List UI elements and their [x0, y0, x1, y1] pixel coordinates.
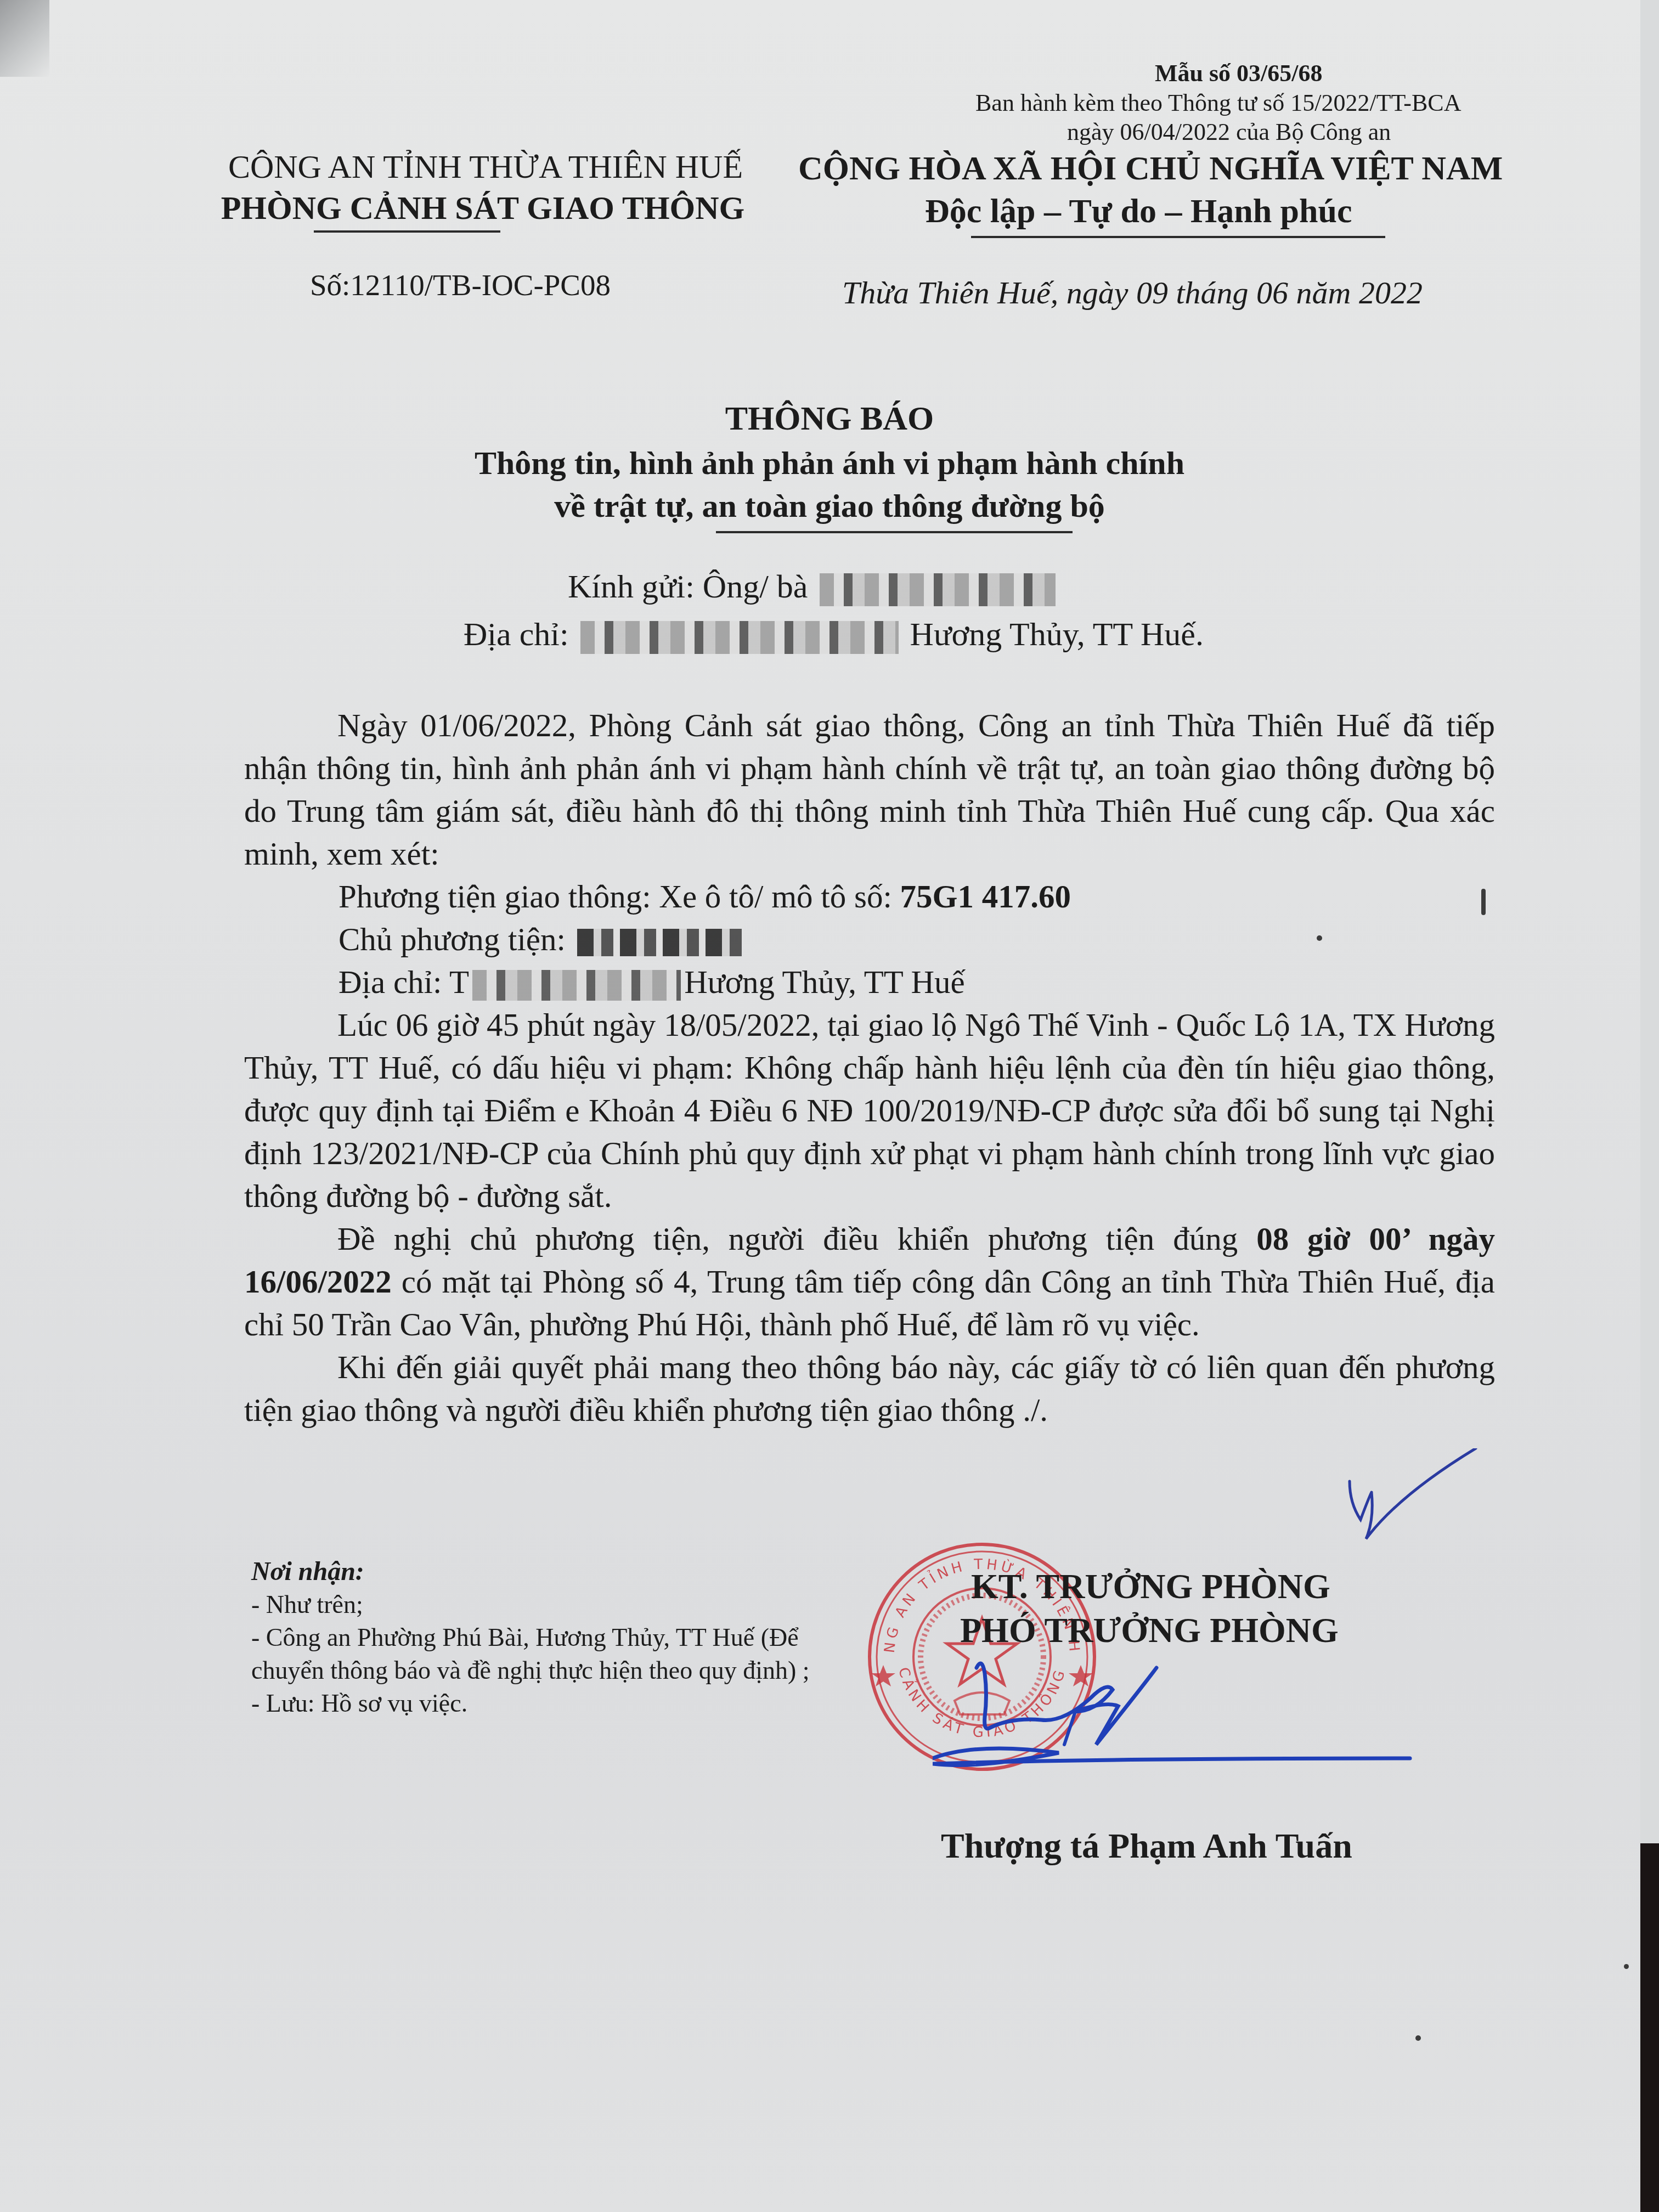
distribution-list: Nơi nhận: - Như trên; - Công an Phường P… — [251, 1555, 833, 1720]
distribution-item: - Lưu: Hồ sơ vụ việc. — [251, 1687, 833, 1720]
agency-underline — [314, 230, 500, 233]
document-title: THÔNG BÁO — [0, 399, 1659, 438]
handwritten-initial-icon — [1339, 1448, 1492, 1542]
redacted-owner-address — [472, 970, 681, 1001]
recipient-address-suffix: Hương Thủy, TT Huế. — [910, 616, 1204, 652]
redacted-name — [820, 573, 1056, 606]
form-number: Mẫu số 03/65/68 — [1155, 59, 1323, 87]
owner-address-line: Địa chỉ: THương Thủy, TT Huế — [244, 961, 1495, 1003]
vehicle-line: Phương tiện giao thông: Xe ô tô/ mô tô s… — [244, 875, 1495, 918]
distribution-item: - Như trên; — [251, 1588, 833, 1621]
recipient-line: Kính gửi: Ông/ bà — [568, 568, 1059, 606]
handwritten-signature-icon — [933, 1646, 1426, 1810]
document-body: Ngày 01/06/2022, Phòng Cảnh sát giao thô… — [244, 704, 1495, 1431]
form-issued-with: Ban hành kèm theo Thông tư số 15/2022/TT… — [975, 89, 1461, 117]
signature-role-line1: KT. TRƯỞNG PHÒNG — [971, 1566, 1330, 1607]
recipient-address-line: Địa chỉ: Hương Thủy, TT Huế. — [464, 616, 1204, 654]
distribution-item: - Công an Phường Phú Bài, Hương Thủy, TT… — [251, 1621, 833, 1687]
violation-paragraph: Lúc 06 giờ 45 phút ngày 18/05/2022, tại … — [244, 1003, 1495, 1217]
redacted-address — [580, 621, 899, 654]
form-issued-date: ngày 06/04/2022 của Bộ Công an — [1067, 118, 1391, 146]
signer-name: Thượng tá Phạm Anh Tuấn — [941, 1826, 1352, 1866]
agency-department: PHÒNG CẢNH SÁT GIAO THÔNG — [206, 189, 760, 227]
vehicle-plate: 75G1 417.60 — [900, 878, 1071, 915]
owner-address-label: Địa chỉ: T — [338, 964, 469, 1000]
paper-speck — [1317, 935, 1322, 941]
national-motto: Độc lập – Tự do – Hạnh phúc — [925, 192, 1352, 231]
request-suffix: có mặt tại Phòng số 4, Trung tâm tiếp cô… — [244, 1263, 1495, 1342]
request-prefix: Đề nghị chủ phương tiện, người điều khiể… — [337, 1221, 1238, 1257]
owner-address-suffix: Hương Thủy, TT Huế — [684, 964, 965, 1000]
recipient-label: Kính gửi: Ông/ bà — [568, 568, 808, 605]
national-title: CỘNG HÒA XÃ HỘI CHỦ NGHĨA VIỆT NAM — [798, 149, 1503, 188]
closing-paragraph: Khi đến giải quyết phải mang theo thông … — [244, 1346, 1495, 1431]
paper-speck — [1415, 2035, 1421, 2041]
document-number: Số:12110/TB-IOC-PC08 — [310, 268, 611, 302]
paper-speck — [1481, 889, 1486, 915]
intro-paragraph: Ngày 01/06/2022, Phòng Cảnh sát giao thô… — [244, 704, 1495, 875]
owner-label: Chủ phương tiện: — [338, 921, 566, 957]
distribution-title: Nơi nhận: — [251, 1555, 833, 1588]
background-edge — [1640, 1843, 1659, 2212]
document-subtitle-line2: về trật tự, an toàn giao thông đường bộ — [0, 487, 1659, 525]
redacted-owner — [577, 929, 742, 956]
request-paragraph: Đề nghị chủ phương tiện, người điều khiể… — [244, 1217, 1495, 1346]
corner-shadow — [0, 0, 49, 77]
document-subtitle-line1: Thông tin, hình ảnh phản ánh vi phạm hàn… — [0, 444, 1659, 482]
vehicle-label: Phương tiện giao thông: Xe ô tô/ mô tô s… — [338, 878, 892, 915]
paper-speck — [1624, 1964, 1629, 1969]
recipient-address-label: Địa chỉ: — [464, 616, 569, 652]
signature-role-line2: PHÓ TRƯỞNG PHÒNG — [960, 1610, 1339, 1651]
agency-parent: CÔNG AN TỈNH THỪA THIÊN HUẾ — [208, 148, 763, 186]
place-date: Thừa Thiên Huế, ngày 09 tháng 06 năm 202… — [842, 274, 1423, 311]
owner-line: Chủ phương tiện: — [244, 918, 1495, 961]
title-underline — [716, 531, 1073, 533]
motto-underline — [971, 236, 1385, 238]
